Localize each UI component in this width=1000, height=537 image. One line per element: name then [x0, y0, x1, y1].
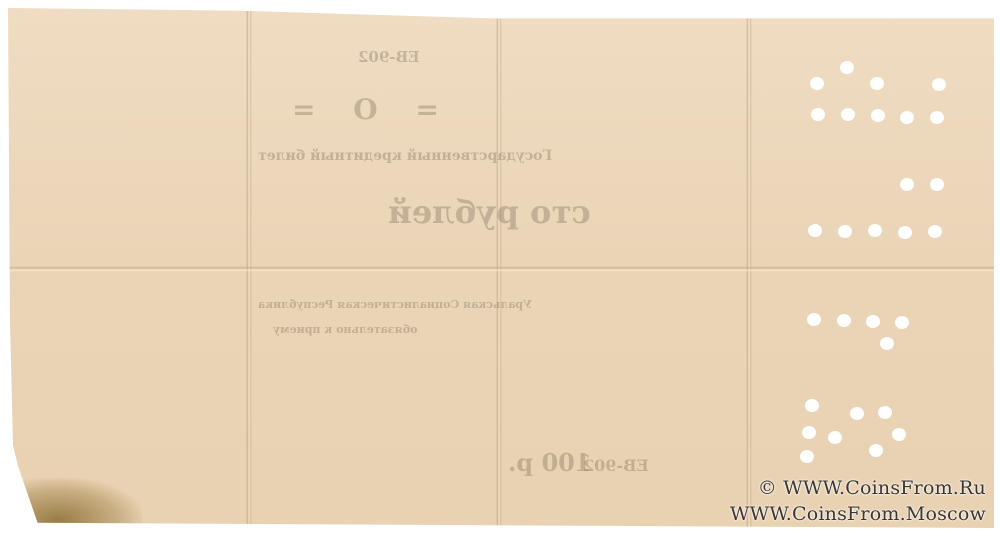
- denomination-short: 100 р.: [508, 448, 592, 477]
- watermark-line-1: © WWW.CoinsFrom.Ru: [758, 477, 986, 499]
- fold-line: [8, 266, 994, 272]
- banknote: ЕВ-902 = O = Государственный кредитный б…: [8, 8, 994, 528]
- denomination: сто рублей: [388, 193, 591, 231]
- text-line-1: Уральская Социалистическая Республика: [258, 298, 532, 311]
- serial-bottom: ЕВ-902: [583, 456, 649, 475]
- title-line: Государственный кредитный билет: [258, 148, 552, 164]
- emblem: = O =: [278, 93, 439, 126]
- serial-top: ЕВ-902: [358, 48, 420, 66]
- watermark-line-2: WWW.CoinsFrom.Moscow: [730, 503, 986, 525]
- text-line-2: обязательно к приему: [273, 323, 417, 336]
- stain: [22, 478, 142, 537]
